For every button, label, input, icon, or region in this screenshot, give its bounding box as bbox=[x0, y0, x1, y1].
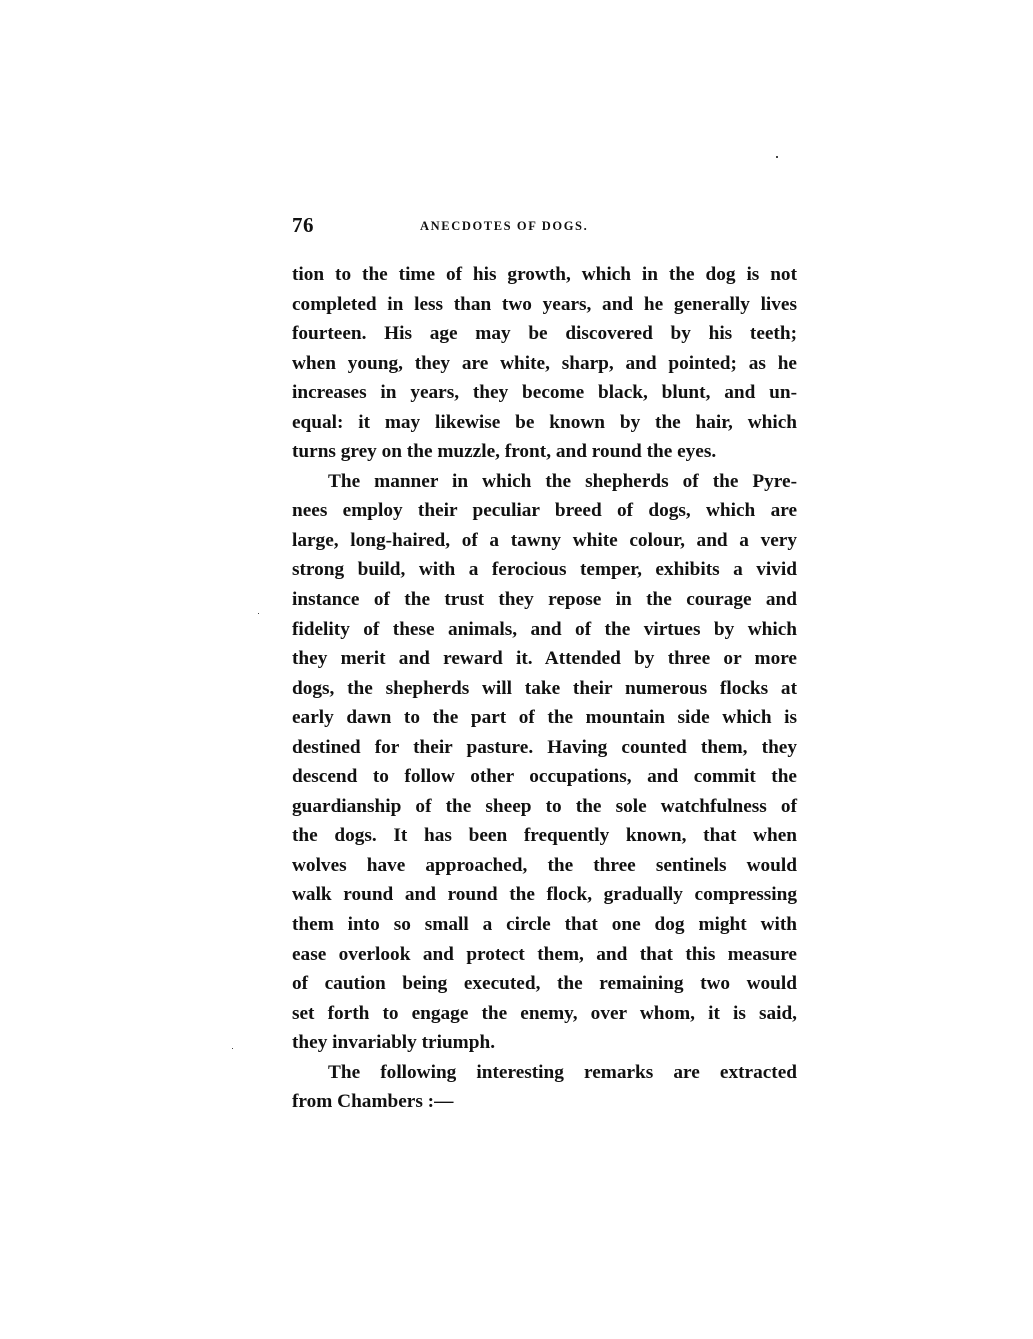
scan-speck bbox=[232, 1048, 233, 1049]
text-line: ease overlook and protect them, and that… bbox=[292, 940, 797, 970]
paragraph-3: The following interesting remarks are ex… bbox=[292, 1058, 797, 1117]
text-line: the dogs. It has been frequently known, … bbox=[292, 821, 797, 851]
scan-speck bbox=[776, 156, 778, 158]
paragraph-2: The manner in which the shepherds of the… bbox=[292, 467, 797, 1058]
text-line: from Chambers :— bbox=[292, 1087, 797, 1117]
text-line: fidelity of these animals, and of the vi… bbox=[292, 615, 797, 645]
text-line: increases in years, they become black, b… bbox=[292, 378, 797, 408]
paragraph-1: tion to the time of his growth, which in… bbox=[292, 260, 797, 467]
text-line: them into so small a circle that one dog… bbox=[292, 910, 797, 940]
text-line: nees employ their peculiar breed of dogs… bbox=[292, 496, 797, 526]
text-line: set forth to engage the enemy, over whom… bbox=[292, 999, 797, 1029]
text-line: completed in less than two years, and he… bbox=[292, 290, 797, 320]
text-line: The manner in which the shepherds of the… bbox=[292, 467, 797, 497]
text-line: early dawn to the part of the mountain s… bbox=[292, 703, 797, 733]
text-line: guardianship of the sheep to the sole wa… bbox=[292, 792, 797, 822]
text-line: instance of the trust they repose in the… bbox=[292, 585, 797, 615]
text-line: The following interesting remarks are ex… bbox=[292, 1058, 797, 1088]
body-text: tion to the time of his growth, which in… bbox=[292, 260, 797, 1117]
text-line: walk round and round the flock, graduall… bbox=[292, 880, 797, 910]
running-head: ANECDOTES OF DOGS. bbox=[420, 219, 588, 234]
text-line: when young, they are white, sharp, and p… bbox=[292, 349, 797, 379]
book-page: 76 ANECDOTES OF DOGS. tion to the time o… bbox=[0, 0, 1033, 1339]
text-line: they merit and reward it. Attended by th… bbox=[292, 644, 797, 674]
text-line: equal: it may likewise be known by the h… bbox=[292, 408, 797, 438]
text-line: fourteen. His age may be discovered by h… bbox=[292, 319, 797, 349]
text-line: descend to follow other occupations, and… bbox=[292, 762, 797, 792]
text-line: turns grey on the muzzle, front, and rou… bbox=[292, 437, 797, 467]
text-line: they invariably triumph. bbox=[292, 1028, 797, 1058]
scan-speck bbox=[258, 613, 259, 614]
text-line: large, long-haired, of a tawny white col… bbox=[292, 526, 797, 556]
text-line: of caution being executed, the remaining… bbox=[292, 969, 797, 999]
text-line: strong build, with a ferocious temper, e… bbox=[292, 555, 797, 585]
text-line: wolves have approached, the three sentin… bbox=[292, 851, 797, 881]
text-line: destined for their pasture. Having count… bbox=[292, 733, 797, 763]
text-line: tion to the time of his growth, which in… bbox=[292, 260, 797, 290]
page-number: 76 bbox=[292, 213, 314, 238]
page-header: 76 ANECDOTES OF DOGS. bbox=[292, 213, 797, 243]
text-line: dogs, the shepherds will take their nume… bbox=[292, 674, 797, 704]
